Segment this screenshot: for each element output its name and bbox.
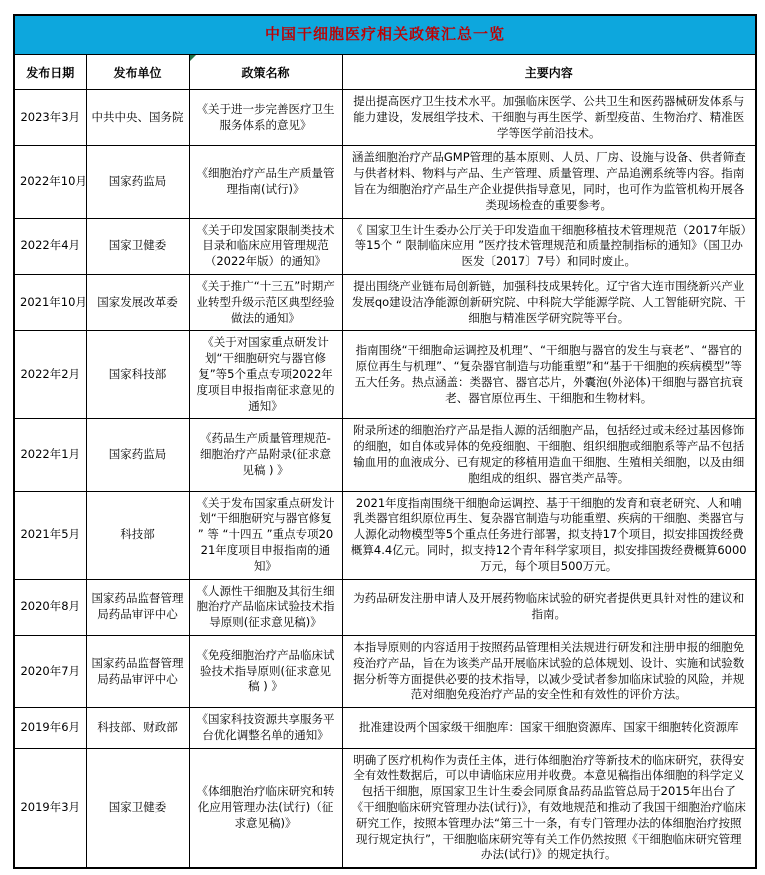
policy-cell[interactable]: 《细胞治疗产品生产质量管理指南(试行)》	[189, 146, 342, 218]
table-row: 2023年3月 中共中央、国务院 《关于进一步完善医疗卫生服务体系的意见》 提出…	[14, 90, 756, 146]
table-row: 2022年10月 国家药监局 《细胞治疗产品生产质量管理指南(试行)》 涵盖细胞…	[14, 146, 756, 218]
agency-cell[interactable]: 科技部	[86, 491, 189, 579]
policy-cell[interactable]: 《药品生产质量管理规范-细胞治疗产品附录(征求意见稿 ) 》	[189, 419, 342, 491]
date-cell[interactable]: 2022年1月	[14, 419, 86, 491]
table-row: 2020年8月 国家药品监督管理局药品审评中心 《人源性干细胞及其衍生细胞治疗产…	[14, 579, 756, 635]
cell-comment-marker-icon	[190, 55, 196, 61]
agency-cell[interactable]: 国家卫健委	[86, 748, 189, 868]
table-row: 2022年4月 国家卫健委 《关于印发国家限制类技术目录和临床应用管理规范（20…	[14, 218, 756, 274]
policy-cell[interactable]: 《人源性干细胞及其衍生细胞治疗产品临床试验技术指导原则(征求意见稿)》	[189, 579, 342, 635]
table-row: 2019年6月 科技部、财政部 《国家科技资源共享服务平台优化调整名单的通知》 …	[14, 708, 756, 749]
content-cell[interactable]: 附录所述的细胞治疗产品是指人源的活细胞产品，包括经过或未经过基因修饰的细胞，如自…	[342, 419, 756, 491]
column-header-policy[interactable]: 政策名称	[189, 55, 342, 90]
title-row: 中国干细胞医疗相关政策汇总一览	[14, 15, 756, 55]
agency-cell[interactable]: 中共中央、国务院	[86, 90, 189, 146]
agency-cell[interactable]: 国家卫健委	[86, 218, 189, 274]
table-row: 2019年3月 国家卫健委 《体细胞治疗临床研究和转化应用管理办法(试行)（征求…	[14, 748, 756, 868]
content-cell[interactable]: 明确了医疗机构作为责任主体，进行体细胞治疗等新技术的临床研究，获得安全有效性数据…	[342, 748, 756, 868]
column-header-agency[interactable]: 发布单位	[86, 55, 189, 90]
spreadsheet-page: 中国干细胞医疗相关政策汇总一览 发布日期 发布单位 政策名称 主要内容 2023…	[0, 0, 765, 875]
table-row: 2021年10月 国家发展改革委 《关于推广“十三五”时期产业转型升级示范区典型…	[14, 274, 756, 330]
content-cell[interactable]: 本指导原则的内容适用于按照药品管理相关法规进行研发和注册申报的细胞免疫治疗产品，…	[342, 635, 756, 707]
content-cell[interactable]: 提出提高医疗卫生技术水平。加强临床医学、公共卫生和医药器械研发体系与能力建设，发…	[342, 90, 756, 146]
content-cell[interactable]: 涵盖细胞治疗产品GMP管理的基本原则、人员、厂房、设施与设备、供者筛查与供者材料…	[342, 146, 756, 218]
policy-cell[interactable]: 《关于推广“十三五”时期产业转型升级示范区典型经验做法的通知》	[189, 274, 342, 330]
date-cell[interactable]: 2021年10月	[14, 274, 86, 330]
header-row: 发布日期 发布单位 政策名称 主要内容	[14, 55, 756, 90]
agency-cell[interactable]: 国家药监局	[86, 146, 189, 218]
agency-cell[interactable]: 国家科技部	[86, 331, 189, 419]
agency-cell[interactable]: 国家药品监督管理局药品审评中心	[86, 579, 189, 635]
date-cell[interactable]: 2022年10月	[14, 146, 86, 218]
table-row: 2020年7月 国家药品监督管理局药品审评中心 《免疫细胞治疗产品临床试验技术指…	[14, 635, 756, 707]
content-cell[interactable]: 提出围绕产业链布局创新链，加强科技成果转化。辽宁省大连市围绕新兴产业发展qo建设…	[342, 274, 756, 330]
content-cell[interactable]: 《 国家卫生计生委办公厅关于印发造血干细胞移植技术管理规范（2017年版）等15…	[342, 218, 756, 274]
content-cell[interactable]: 2021年度指南围绕干细胞命运调控、基于干细胞的发育和衰老研究、人和哺乳类器官组…	[342, 491, 756, 579]
content-cell[interactable]: 批准建设两个国家级干细胞库：国家干细胞资源库、国家干细胞转化资源库	[342, 708, 756, 749]
policy-cell[interactable]: 《国家科技资源共享服务平台优化调整名单的通知》	[189, 708, 342, 749]
column-header-date[interactable]: 发布日期	[14, 55, 86, 90]
page-title[interactable]: 中国干细胞医疗相关政策汇总一览	[14, 15, 756, 55]
agency-cell[interactable]: 国家药监局	[86, 419, 189, 491]
date-cell[interactable]: 2022年2月	[14, 331, 86, 419]
date-cell[interactable]: 2022年4月	[14, 218, 86, 274]
table-row: 2021年5月 科技部 《关于发布国家重点研发计划“干细胞研究与器官修复 ” 等…	[14, 491, 756, 579]
agency-cell[interactable]: 国家药品监督管理局药品审评中心	[86, 635, 189, 707]
table-row: 2022年2月 国家科技部 《关于对国家重点研发计划“干细胞研究与器官修复”等5…	[14, 331, 756, 419]
policy-cell[interactable]: 《关于进一步完善医疗卫生服务体系的意见》	[189, 90, 342, 146]
column-header-policy-label: 政策名称	[241, 66, 289, 80]
date-cell[interactable]: 2020年8月	[14, 579, 86, 635]
table-row: 2022年1月 国家药监局 《药品生产质量管理规范-细胞治疗产品附录(征求意见稿…	[14, 419, 756, 491]
agency-cell[interactable]: 科技部、财政部	[86, 708, 189, 749]
agency-cell[interactable]: 国家发展改革委	[86, 274, 189, 330]
date-cell[interactable]: 2021年5月	[14, 491, 86, 579]
policy-cell[interactable]: 《关于发布国家重点研发计划“干细胞研究与器官修复 ” 等 “十四五 ”重点专项2…	[189, 491, 342, 579]
policy-cell[interactable]: 《免疫细胞治疗产品临床试验技术指导原则(征求意见稿 ) 》	[189, 635, 342, 707]
date-cell[interactable]: 2023年3月	[14, 90, 86, 146]
date-cell[interactable]: 2019年3月	[14, 748, 86, 868]
policy-summary-table: 中国干细胞医疗相关政策汇总一览 发布日期 发布单位 政策名称 主要内容 2023…	[13, 14, 757, 869]
policy-cell[interactable]: 《体细胞治疗临床研究和转化应用管理办法(试行)（征求意见稿)》	[189, 748, 342, 868]
policy-table-body: 2023年3月 中共中央、国务院 《关于进一步完善医疗卫生服务体系的意见》 提出…	[14, 90, 756, 869]
policy-cell[interactable]: 《关于印发国家限制类技术目录和临床应用管理规范（2022年版）的通知》	[189, 218, 342, 274]
content-cell[interactable]: 指南围绕“干细胞命运调控及机理”、“干细胞与器官的发生与衰老”、“器官的原位再生…	[342, 331, 756, 419]
policy-cell[interactable]: 《关于对国家重点研发计划“干细胞研究与器官修复”等5个重点专项2022年度项目申…	[189, 331, 342, 419]
date-cell[interactable]: 2019年6月	[14, 708, 86, 749]
date-cell[interactable]: 2020年7月	[14, 635, 86, 707]
column-header-content[interactable]: 主要内容	[342, 55, 756, 90]
content-cell[interactable]: 为药品研发注册申请人及开展药物临床试验的研究者提供更具针对性的建议和指南。	[342, 579, 756, 635]
